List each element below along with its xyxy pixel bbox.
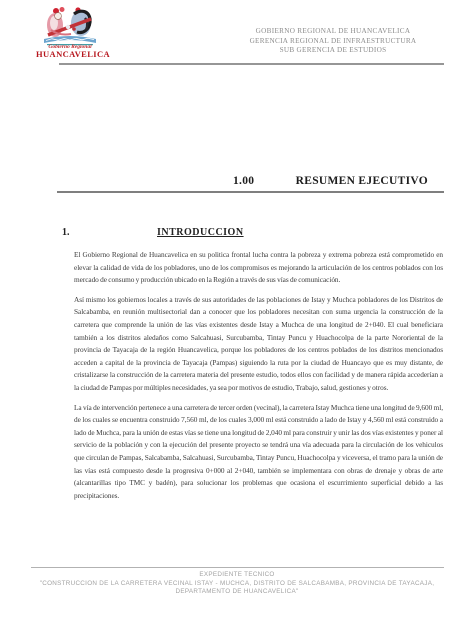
logo-block: Gobierno Regional HUANCAVELICA xyxy=(36,6,104,59)
org-line-1: GOBIERNO REGIONAL DE HUANCAVELICA xyxy=(244,27,422,37)
paragraph-2: Así mismo los gobiernos locales a través… xyxy=(74,294,443,395)
org-line-3: SUB GERENCIA DE ESTUDIOS xyxy=(244,46,422,56)
org-line-2: GERENCIA REGIONAL DE INFRAESTRUCTURA xyxy=(244,37,422,47)
paragraph-1: El Gobierno Regional de Huancavelica en … xyxy=(74,249,443,287)
huancavelica-emblem-icon xyxy=(41,6,99,46)
header-organization: GOBIERNO REGIONAL DE HUANCAVELICA GERENC… xyxy=(244,27,422,56)
section-heading-row: 1. INTRODUCCION xyxy=(0,227,474,241)
body-text: El Gobierno Regional de Huancavelica en … xyxy=(74,249,443,509)
title-divider xyxy=(57,191,444,193)
section-heading: INTRODUCCION xyxy=(157,227,244,238)
footer-expediente-label: EXPEDIENTE TECNICO xyxy=(37,571,437,579)
footer-project-name: "CONSTRUCCION DE LA CARRETERA VECINAL IS… xyxy=(37,580,437,596)
footer-divider xyxy=(31,567,444,568)
header-divider xyxy=(59,63,444,65)
title-number: 1.00 xyxy=(233,175,254,187)
page-footer: EXPEDIENTE TECNICO "CONSTRUCCION DE LA C… xyxy=(37,571,437,596)
document-title-row: 1.00 RESUMEN EJECUTIVO xyxy=(0,175,474,191)
page-title: RESUMEN EJECUTIVO xyxy=(296,175,428,187)
logo-region-name: HUANCAVELICA xyxy=(36,50,104,59)
section-number: 1. xyxy=(62,227,70,238)
paragraph-3: La vía de intervención pertenece a una c… xyxy=(74,402,443,503)
document-page: Gobierno Regional HUANCAVELICA GOBIERNO … xyxy=(0,0,474,632)
